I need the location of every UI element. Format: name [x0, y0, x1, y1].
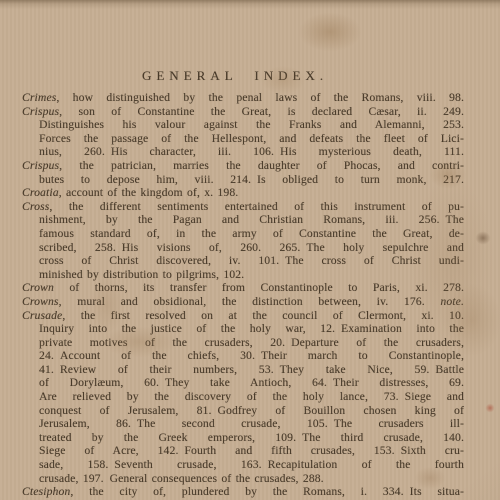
entry-text: crusade, 197. General consequences of th… [39, 472, 324, 485]
entry-text: 24. Account of the chiefs, 30. Their mar… [39, 349, 464, 362]
entry-text: Jerusalem, 86. The second crusade, 105. … [39, 417, 464, 430]
entry-text: , son of Constantine the Great, is decla… [59, 105, 464, 118]
entry-text: , how distinguished by the penal laws of… [56, 91, 464, 104]
entry-text: , the city of, plundered by the Romans, … [70, 485, 464, 498]
index-line: treated by the Greek emperors, 109. The … [22, 431, 464, 445]
index-line: crusade, 197. General consequences of th… [22, 472, 464, 486]
entry-headword: Crusade [22, 309, 62, 322]
index-line: nius, 260. His character, iii. 106. His … [22, 145, 464, 159]
index-line: Crispus, son of Constantine the Great, i… [22, 105, 464, 119]
index-line: Crusade, the first resolved on at the co… [22, 309, 464, 323]
entry-headword: Ctesiphon [22, 485, 70, 498]
entry-text: of Dorylæum, 60. They take Antioch, 64. … [39, 376, 464, 389]
index-line: 24. Account of the chiefs, 30. Their mar… [22, 349, 464, 363]
entry-text: of thorns, its transfer from Constantino… [54, 281, 464, 294]
index-line: Ctesiphon, the city of, plundered by the… [22, 485, 464, 499]
entry-text: cross of Christ discovered, iv. 101. The… [39, 254, 464, 267]
entry-text: scribed, 258. His visions of, 260. 265. … [39, 241, 464, 254]
index-line: 41. Review of their numbers, 53. They ta… [22, 363, 464, 377]
index-line: Croatia, account of the kingdom of, x. 1… [22, 186, 464, 200]
entry-text: , the patrician, marries the daughter of… [59, 159, 464, 172]
entry-text: Inquiry into the justice of the holy war… [39, 322, 464, 335]
index-line: Siege of Acre, 142. Fourth and fifth cru… [22, 444, 464, 458]
index-line: of Dorylæum, 60. They take Antioch, 64. … [22, 376, 464, 390]
entry-headword: Croatia [22, 186, 59, 199]
book-page: GENERAL INDEX. Crimes, how distinguished… [0, 0, 500, 500]
entry-text: butes to depose him, viii. 214. Is oblig… [39, 173, 464, 186]
entry-text: Are relieved by the discovery of the hol… [39, 390, 464, 403]
index-line: private motives of the crusaders, 20. De… [22, 336, 464, 350]
index-line: Crispus, the patrician, marries the daug… [22, 159, 464, 173]
index-line: Inquiry into the justice of the holy war… [22, 322, 464, 336]
index-line: famous standard of, in the army of Const… [22, 227, 464, 241]
entry-text: Forces the passage of the Hellespont, an… [39, 132, 464, 145]
index-line: Forces the passage of the Hellespont, an… [22, 132, 464, 146]
index-line: conquest of Jerusalem, 81. Godfrey of Bo… [22, 404, 464, 418]
entry-text: , account of the kingdom of, x. 198. [59, 186, 239, 199]
index-line: Are relieved by the discovery of the hol… [22, 390, 464, 404]
entry-text: , the first resolved on at the council o… [62, 309, 464, 322]
entry-headword: Crispus [22, 105, 59, 118]
index-line: cross of Christ discovered, iv. 101. The… [22, 254, 464, 268]
entry-text: sade, 158. Seventh crusade, 163. Recapit… [39, 458, 464, 471]
page-title: GENERAL INDEX. [0, 68, 470, 84]
index-line: Crimes, how distinguished by the penal l… [22, 91, 464, 105]
entry-text: treated by the Greek emperors, 109. The … [39, 431, 464, 444]
index-line: sade, 158. Seventh crusade, 163. Recapit… [22, 458, 464, 472]
entry-headword: Crowns [22, 295, 59, 308]
entry-text: , mural and obsidional, the distinction … [59, 295, 441, 308]
entry-text: conquest of Jerusalem, 81. Godfrey of Bo… [39, 404, 464, 417]
entry-headword: Cross [22, 200, 49, 213]
index-line: Crowns, mural and obsidional, the distin… [22, 295, 464, 309]
entry-headword: Crimes [22, 91, 56, 104]
index-line: nishment, by the Pagan and Christian Rom… [22, 213, 464, 227]
index-line: minished by distribution to pilgrims, 10… [22, 268, 464, 282]
index-line: Jerusalem, 86. The second crusade, 105. … [22, 417, 464, 431]
entry-text: Distinguishes his valour against the Fra… [39, 118, 464, 131]
entry-text: private motives of the crusaders, 20. De… [39, 336, 464, 349]
index-line: Distinguishes his valour against the Fra… [22, 118, 464, 132]
index-line: scribed, 258. His visions of, 260. 265. … [22, 241, 464, 255]
entry-text: 41. Review of their numbers, 53. They ta… [39, 363, 464, 376]
index-line: Cross, the different sentiments entertai… [22, 200, 464, 214]
entry-text: Siege of Acre, 142. Fourth and fifth cru… [39, 444, 464, 457]
entry-headword: Crispus [22, 159, 59, 172]
entry-note: note. [440, 295, 464, 308]
index-text-block: Crimes, how distinguished by the penal l… [22, 91, 464, 499]
entry-text: , the different sentiments entertained o… [49, 200, 464, 213]
entry-text: nius, 260. His character, iii. 106. His … [39, 145, 464, 158]
index-line: Crown of thorns, its transfer from Const… [22, 281, 464, 295]
entry-text: nishment, by the Pagan and Christian Rom… [39, 213, 464, 226]
entry-text: famous standard of, in the army of Const… [39, 227, 464, 240]
entry-text: minished by distribution to pilgrims, 10… [39, 268, 244, 281]
index-line: butes to depose him, viii. 214. Is oblig… [22, 173, 464, 187]
entry-headword: Crown [22, 281, 54, 294]
